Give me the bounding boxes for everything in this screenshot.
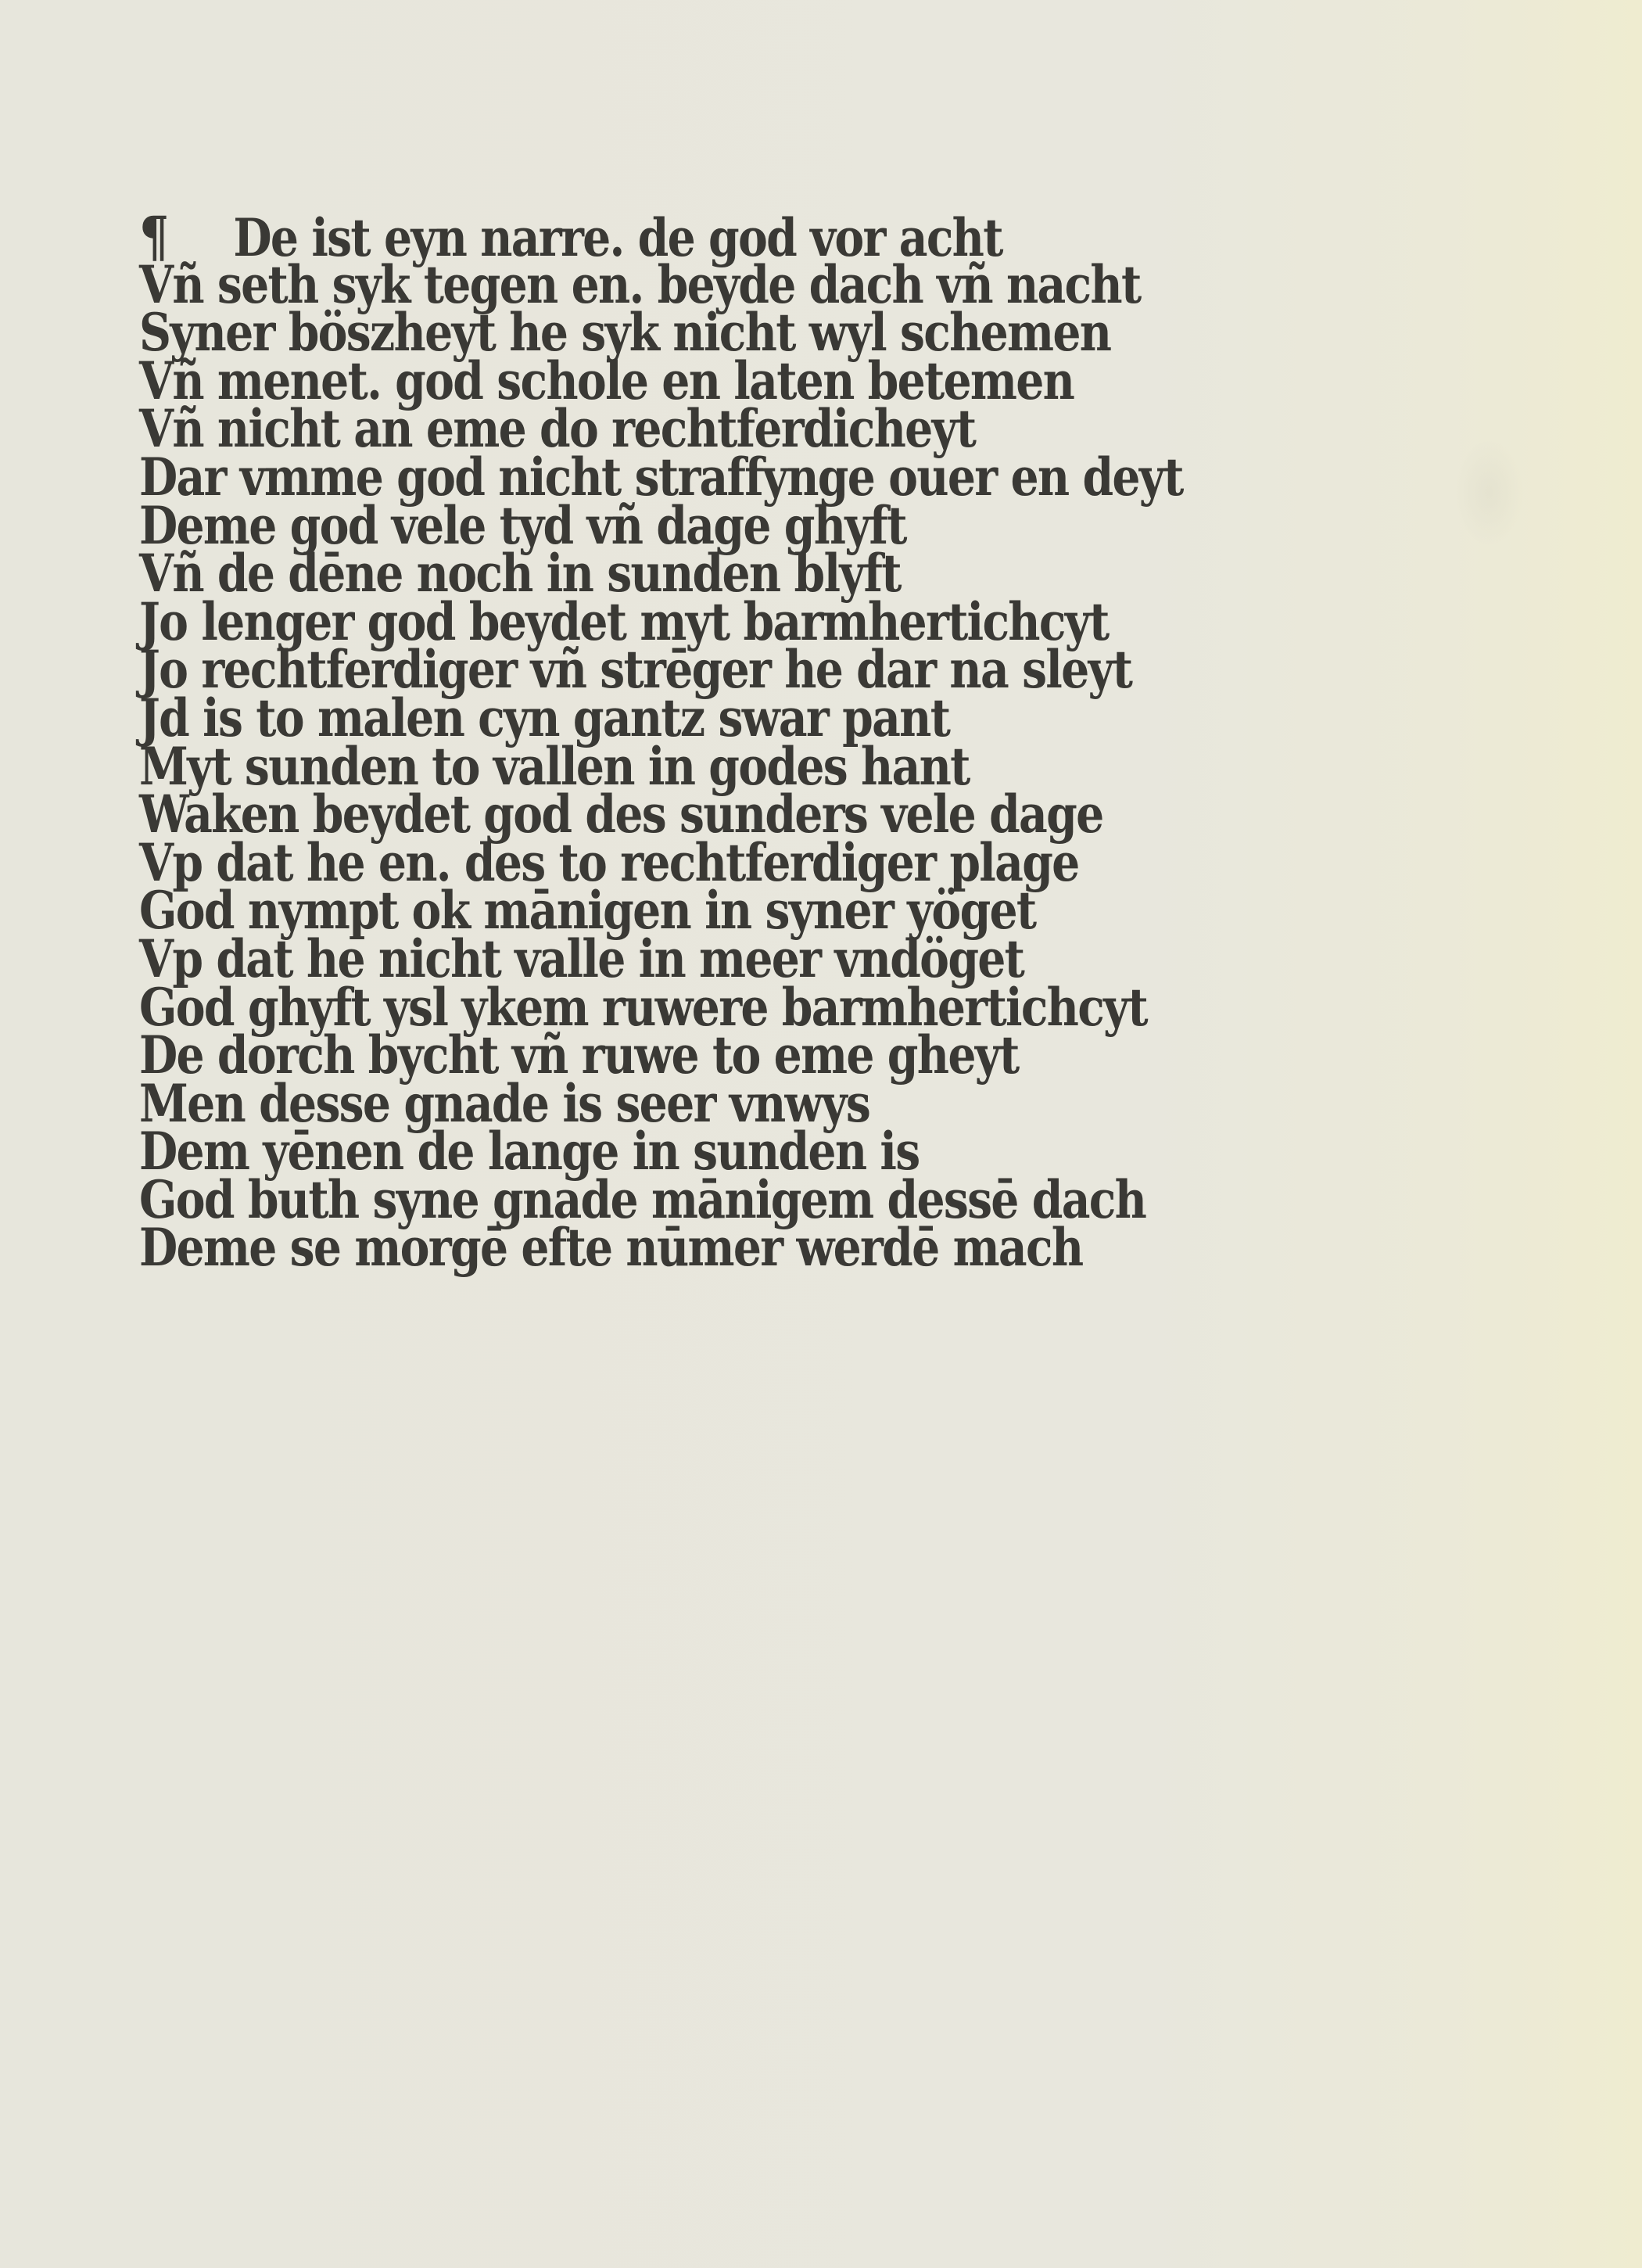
verse-line-22: Deme se morgē efte nūmer werdē mach bbox=[139, 1224, 1323, 1272]
verse-text-block: ¶De ist eyn narre. de god vor acht Vñ se… bbox=[139, 213, 1515, 1272]
printed-page: ¶De ist eyn narre. de god vor acht Vñ se… bbox=[0, 0, 1642, 2268]
